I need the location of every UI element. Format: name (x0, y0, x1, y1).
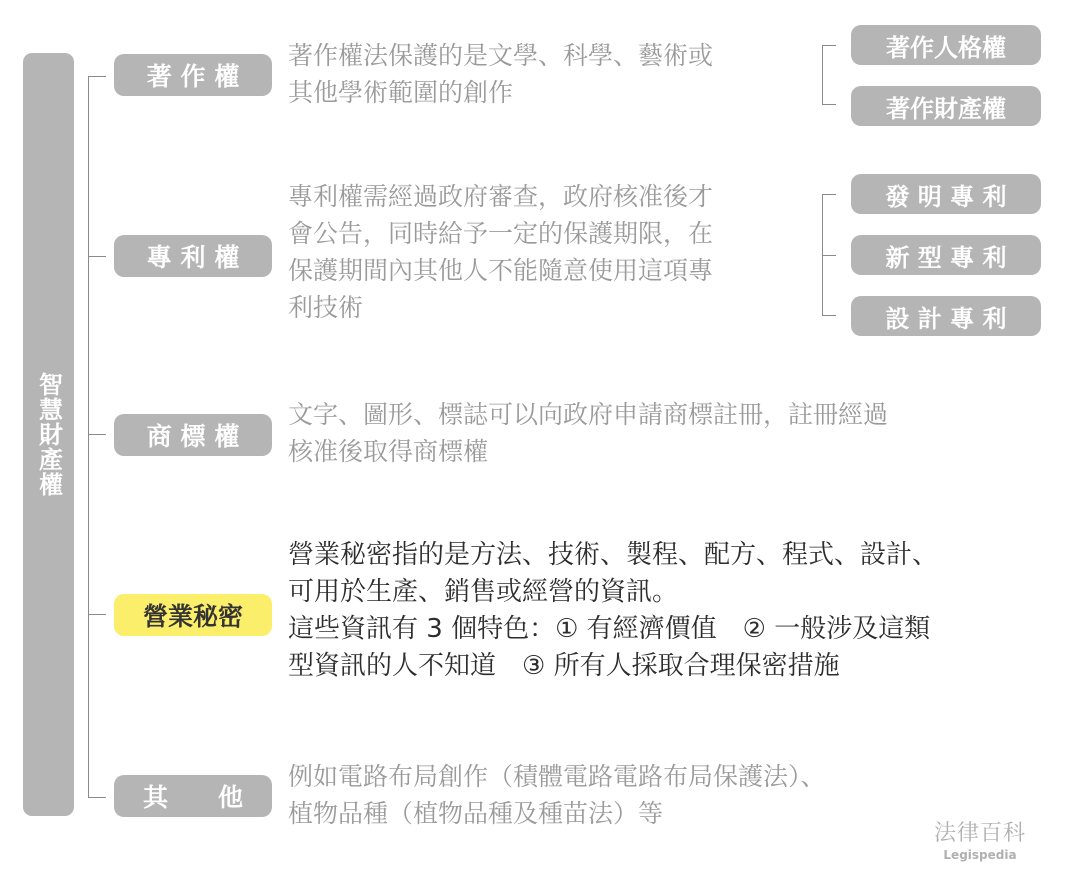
branch-trademark: 商 標 權 (114, 414, 272, 456)
desc-line: 會公告，同時給予一定的保護期限，在 (288, 215, 713, 252)
branch-other: 其 他 (114, 775, 272, 817)
desc-line: 利技術 (288, 289, 713, 326)
trunk-line (88, 76, 89, 798)
desc-line: 這些資訊有 3 個特色：① 有經濟價值 ② 一般涉及這類 (288, 611, 938, 648)
branch-other-label: 其 他 (143, 778, 243, 814)
branch-trade-secret: 營業秘密 (114, 594, 272, 636)
patent-bracket-tick (822, 255, 836, 256)
desc-line: 核准後取得商標權 (288, 433, 888, 470)
desc-line: 例如電路布局創作（積體電路電路布局保護法）、 (288, 758, 826, 795)
branch-copyright-label: 著 作 權 (147, 57, 239, 93)
sub-economic-rights: 著作財產權 (851, 86, 1041, 126)
desc-line: 營業秘密指的是方法、技術、製程、配方、程式、設計、 (288, 537, 938, 574)
branch-patent: 專 利 權 (114, 235, 272, 277)
connector-trademark (88, 434, 106, 435)
desc-line: 型資訊的人不知道 ③ 所有人採取合理保密措施 (288, 648, 938, 685)
sub-utility-model: 新 型 專 利 (851, 235, 1041, 275)
patent-description: 專利權需經過政府審查，政府核准後才 會公告，同時給予一定的保護期限，在 保護期間… (288, 178, 713, 326)
connector-trade-secret (88, 614, 106, 615)
desc-line: 可用於生產、銷售或經營的資訊。 (288, 574, 938, 611)
branch-patent-label: 專 利 權 (147, 238, 239, 274)
copyright-description: 著作權法保護的是文學、科學、藝術或 其他學術範圍的創作 (288, 37, 713, 111)
brand-name-en: Legispedia (925, 848, 1035, 862)
sub-label: 著作財產權 (886, 89, 1006, 124)
sub-label: 新 型 專 利 (885, 238, 1006, 273)
brand-logo: 法律百科 Legispedia (925, 820, 1035, 862)
root-node: 智慧財產權 (23, 53, 74, 816)
root-label: 智慧財產權 (32, 372, 66, 497)
desc-line: 植物品種（植物品種及種苗法）等 (288, 795, 826, 832)
trade-secret-description: 營業秘密指的是方法、技術、製程、配方、程式、設計、 可用於生產、銷售或經營的資訊… (288, 537, 938, 685)
sub-label: 設 計 專 利 (885, 299, 1006, 334)
sub-invention-patent: 發 明 專 利 (851, 174, 1041, 214)
desc-line: 專利權需經過政府審查，政府核准後才 (288, 178, 713, 215)
sub-moral-rights: 著作人格權 (851, 25, 1041, 65)
branch-trademark-label: 商 標 權 (147, 417, 239, 453)
copyright-bracket (822, 45, 836, 105)
connector-copyright (88, 76, 106, 77)
connector-patent (88, 256, 106, 257)
desc-line: 其他學術範圍的創作 (288, 74, 713, 111)
branch-trade-secret-label: 營業秘密 (143, 597, 243, 633)
connector-other (88, 797, 106, 798)
other-description: 例如電路布局創作（積體電路電路布局保護法）、 植物品種（植物品種及種苗法）等 (288, 758, 826, 832)
branch-copyright: 著 作 權 (114, 54, 272, 96)
sub-design-patent: 設 計 專 利 (851, 296, 1041, 336)
brand-name-cn: 法律百科 (925, 820, 1035, 848)
sub-label: 著作人格權 (886, 28, 1006, 63)
desc-line: 保護期間內其他人不能隨意使用這項專 (288, 252, 713, 289)
trademark-description: 文字、圖形、標誌可以向政府申請商標註冊，註冊經過 核准後取得商標權 (288, 396, 888, 470)
sub-label: 發 明 專 利 (885, 177, 1006, 212)
desc-line: 文字、圖形、標誌可以向政府申請商標註冊，註冊經過 (288, 396, 888, 433)
desc-line: 著作權法保護的是文學、科學、藝術或 (288, 37, 713, 74)
